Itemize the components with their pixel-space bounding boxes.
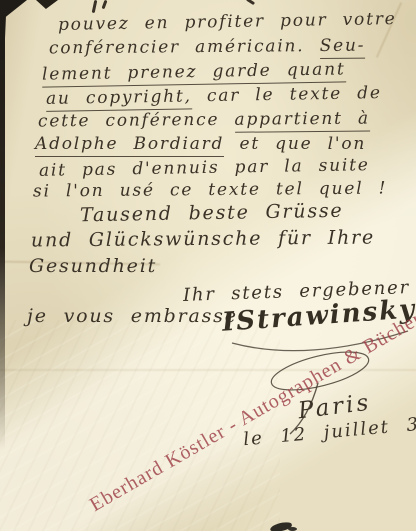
letter-text-segment: Tausend beste Grüsse [80,200,344,227]
letter-line: Adolphe Bordiard et que l'on [35,134,366,154]
letter-text-segment-underlined: appartient à [234,109,370,133]
letter-text-segment: und Glückswünsche für Ihre [31,226,375,251]
letter-line: Gesundheit [29,255,157,277]
handwritten-letter-scan: pouvez en profiter pour votre conférenci… [0,0,416,531]
paper-crease [0,369,416,371]
letter-line: lement prenez garde quant [42,59,346,84]
letter-text-segment: car le texte de [192,83,382,106]
letter-text-segment: cette conférence [38,110,235,132]
letter-text-segment: si l'on usé ce texte tel quel ! [33,178,387,201]
letter-text-segment: conférencier américain. [49,36,320,58]
letter-line: cette conférence appartient à [38,109,370,132]
scan-edge-shadow [0,0,5,450]
letter-line: Tausend beste Grüsse [80,200,344,227]
letter-text-segment: Gesundheit [29,255,157,277]
letter-line: conférencier américain. Seu- [49,36,365,59]
letter-line: und Glückswünsche für Ihre [31,226,375,251]
letter-line: je vous embrasse [27,305,238,327]
letter-text-segment: je vous embrasse [27,305,238,327]
letter-text-segment-underlined: Seu- [320,36,366,59]
letter-text-segment: et que l'on [224,134,366,154]
letter-text-segment-underlined: Adolphe Bordiard [35,134,224,157]
ink-blot [288,527,297,531]
letter-text-segment-underlined: au copyright, [46,86,192,112]
letter-line: si l'on usé ce texte tel quel ! [33,178,387,201]
